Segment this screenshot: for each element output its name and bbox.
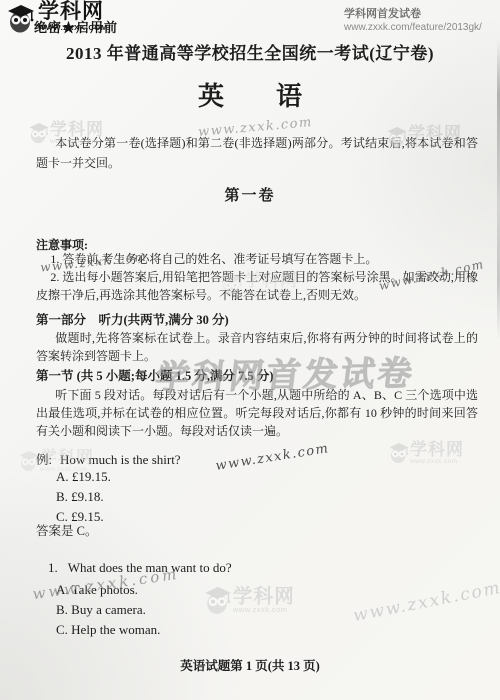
zxxk-logo-brand: 学科网 [38,1,108,23]
subject-title: 英 语 [0,76,500,113]
intro-paragraph: 本试卷分第一卷(选择题)和第二卷(非选择题)两部分。考试结束后,将本试卷和答题卡… [36,133,478,173]
mascot-icon [388,440,410,465]
source-url: www.zxxk.com/feature/2013gk/ [344,22,496,33]
zxxk-watermark-logo: 学科网 www.zxxk.com [388,440,464,465]
part1-heading: 第一部分 听力(共两节,满分 30 分) [36,311,229,329]
example-question: How much is the shirt? [60,452,181,467]
question-1: 1.What does the man want to do? [48,560,232,576]
watermark-site-text: www.zxxk.com [233,605,295,613]
example-option-a: A. £19.15. [56,467,111,487]
question-1-option-c: C. Help the woman. [56,620,160,640]
example-options: A. £19.15. B. £9.18. C. £9.15. [56,467,111,527]
watermark-brand-text: 学科网 [233,586,295,606]
mascot-icon [6,1,36,35]
watermark-site-text: www.zxxk.com [410,458,464,465]
zxxk-watermark-logo: 学科网 www.zxxk.com [203,583,295,616]
question-1-options: A. Take photos. B. Buy a camera. C. Help… [56,580,160,640]
notice-section: 1. 答卷前,考生务必将自己的姓名、准考证号填写在答题卡上。 2. 选出每小题答… [36,250,478,304]
example-answer: 答案是 C。 [36,522,97,540]
volume1-heading: 第一卷 [0,184,500,205]
page-footer: 英语试题第 1 页(共 13 页) [0,656,500,674]
example-option-b: B. £9.18. [56,487,111,507]
zxxk-watermark-script: www.zxxk.com [215,441,331,474]
question-1-option-a: A. Take photos. [56,580,160,600]
notice-item-1: 1. 答卷前,考生务必将自己的姓名、准考证号填写在答题卡上。 [36,250,478,268]
exam-paper-page: 绝密★启用前 学科网 WWW.ZXXK.COM 学科网首发试卷 www.zxxk… [0,0,500,700]
mascot-icon [203,583,233,616]
question-1-number: 1. [48,560,58,575]
example-label: 例: [36,453,52,467]
zxxk-logo: 学科网 WWW.ZXXK.COM [6,1,108,35]
question-1-option-b: B. Buy a camera. [56,600,160,620]
zxxk-logo-site: WWW.ZXXK.COM [38,23,108,32]
section1-instruction: 听下面 5 段对话。每段对话后有一个小题,从题中所给的 A、B、C 三个选项中选… [36,386,478,440]
source-title: 学科网首发试卷 [344,5,496,21]
notice-item-2: 2. 选出每小题答案后,用铅笔把答题卡上对应题目的答案标号涂黑。如需改动,用橡皮… [36,268,478,304]
exam-title: 2013 年普通高等学校招生全国统一考试(辽宁卷) [0,39,500,64]
section1-heading: 第一节 (共 5 小题;每小题 1.5 分,满分 7.5 分) [36,367,274,385]
watermark-brand-text: 学科网 [410,441,464,458]
example-question-line: 例:How much is the shirt? [36,450,181,468]
zxxk-watermark-script: www.zxxk.com [351,578,500,626]
source-info: 学科网首发试卷 www.zxxk.com/feature/2013gk/ [344,5,496,33]
question-1-text: What does the man want to do? [68,560,232,575]
zxxk-logo-text: 学科网 WWW.ZXXK.COM [38,1,108,32]
part1-instruction: 做题时,先将答案标在试卷上。录音内容结束后,你将有两分钟的时间将试卷上的答案转涂… [36,329,478,365]
